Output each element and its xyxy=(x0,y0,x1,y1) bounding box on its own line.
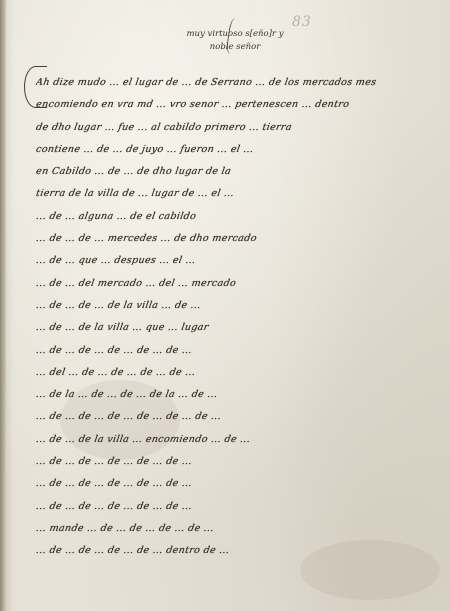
body-line: Ah dize mudo ... el lugar de ... de Serr… xyxy=(34,72,418,94)
body-line: ... de ... del mercado ... del ... merca… xyxy=(34,273,418,295)
body-line: ... de ... de ... de ... de ... dentro d… xyxy=(34,540,418,562)
body-line: ... mande ... de ... de ... de ... de ..… xyxy=(34,518,418,540)
manuscript-page: 83 muy virtuoso s[eño]r y noble señor Ah… xyxy=(0,0,450,611)
letter-body: Ah dize mudo ... el lugar de ... de Serr… xyxy=(36,72,416,563)
body-line: ... del ... de ... de ... de ... de ... xyxy=(34,362,418,384)
body-line: ... de ... de ... de ... de ... de ... xyxy=(34,473,418,495)
body-line: encomiendo en vra md ... vro senor ... p… xyxy=(34,94,418,116)
body-line: tierra de la villa de ... lugar de ... e… xyxy=(34,183,418,205)
body-line: ... de ... de la villa ... encomiendo ..… xyxy=(34,429,418,451)
body-line: en Cabildo ... de ... de dho lugar de la xyxy=(34,161,418,183)
body-line: ... de ... de ... de ... de ... de ... xyxy=(34,496,418,518)
body-line: ... de ... de ... mercedes ... de dho me… xyxy=(34,228,418,250)
page-edge xyxy=(0,0,6,611)
body-line: de dho lugar ... fue ... al cabildo prim… xyxy=(34,117,418,139)
body-line: ... de ... de ... de la villa ... de ... xyxy=(34,295,418,317)
letter-salutation: muy virtuoso s[eño]r y noble señor xyxy=(180,28,290,54)
body-line: ... de la ... de ... de ... de la ... de… xyxy=(34,384,418,406)
body-line: ... de ... de ... de ... de ... de ... d… xyxy=(34,406,418,428)
body-line: ... de ... de la villa ... que ... lugar xyxy=(34,317,418,339)
body-line: ... de ... de ... de ... de ... de ... xyxy=(34,451,418,473)
body-line: ... de ... alguna ... de el cabildo xyxy=(34,206,418,228)
folio-number: 83 xyxy=(292,14,312,30)
body-line: contiene ... de ... de juyo ... fueron .… xyxy=(34,139,418,161)
body-line: ... de ... que ... despues ... el ... xyxy=(34,250,418,272)
body-line: ... de ... de ... de ... de ... de ... xyxy=(34,340,418,362)
